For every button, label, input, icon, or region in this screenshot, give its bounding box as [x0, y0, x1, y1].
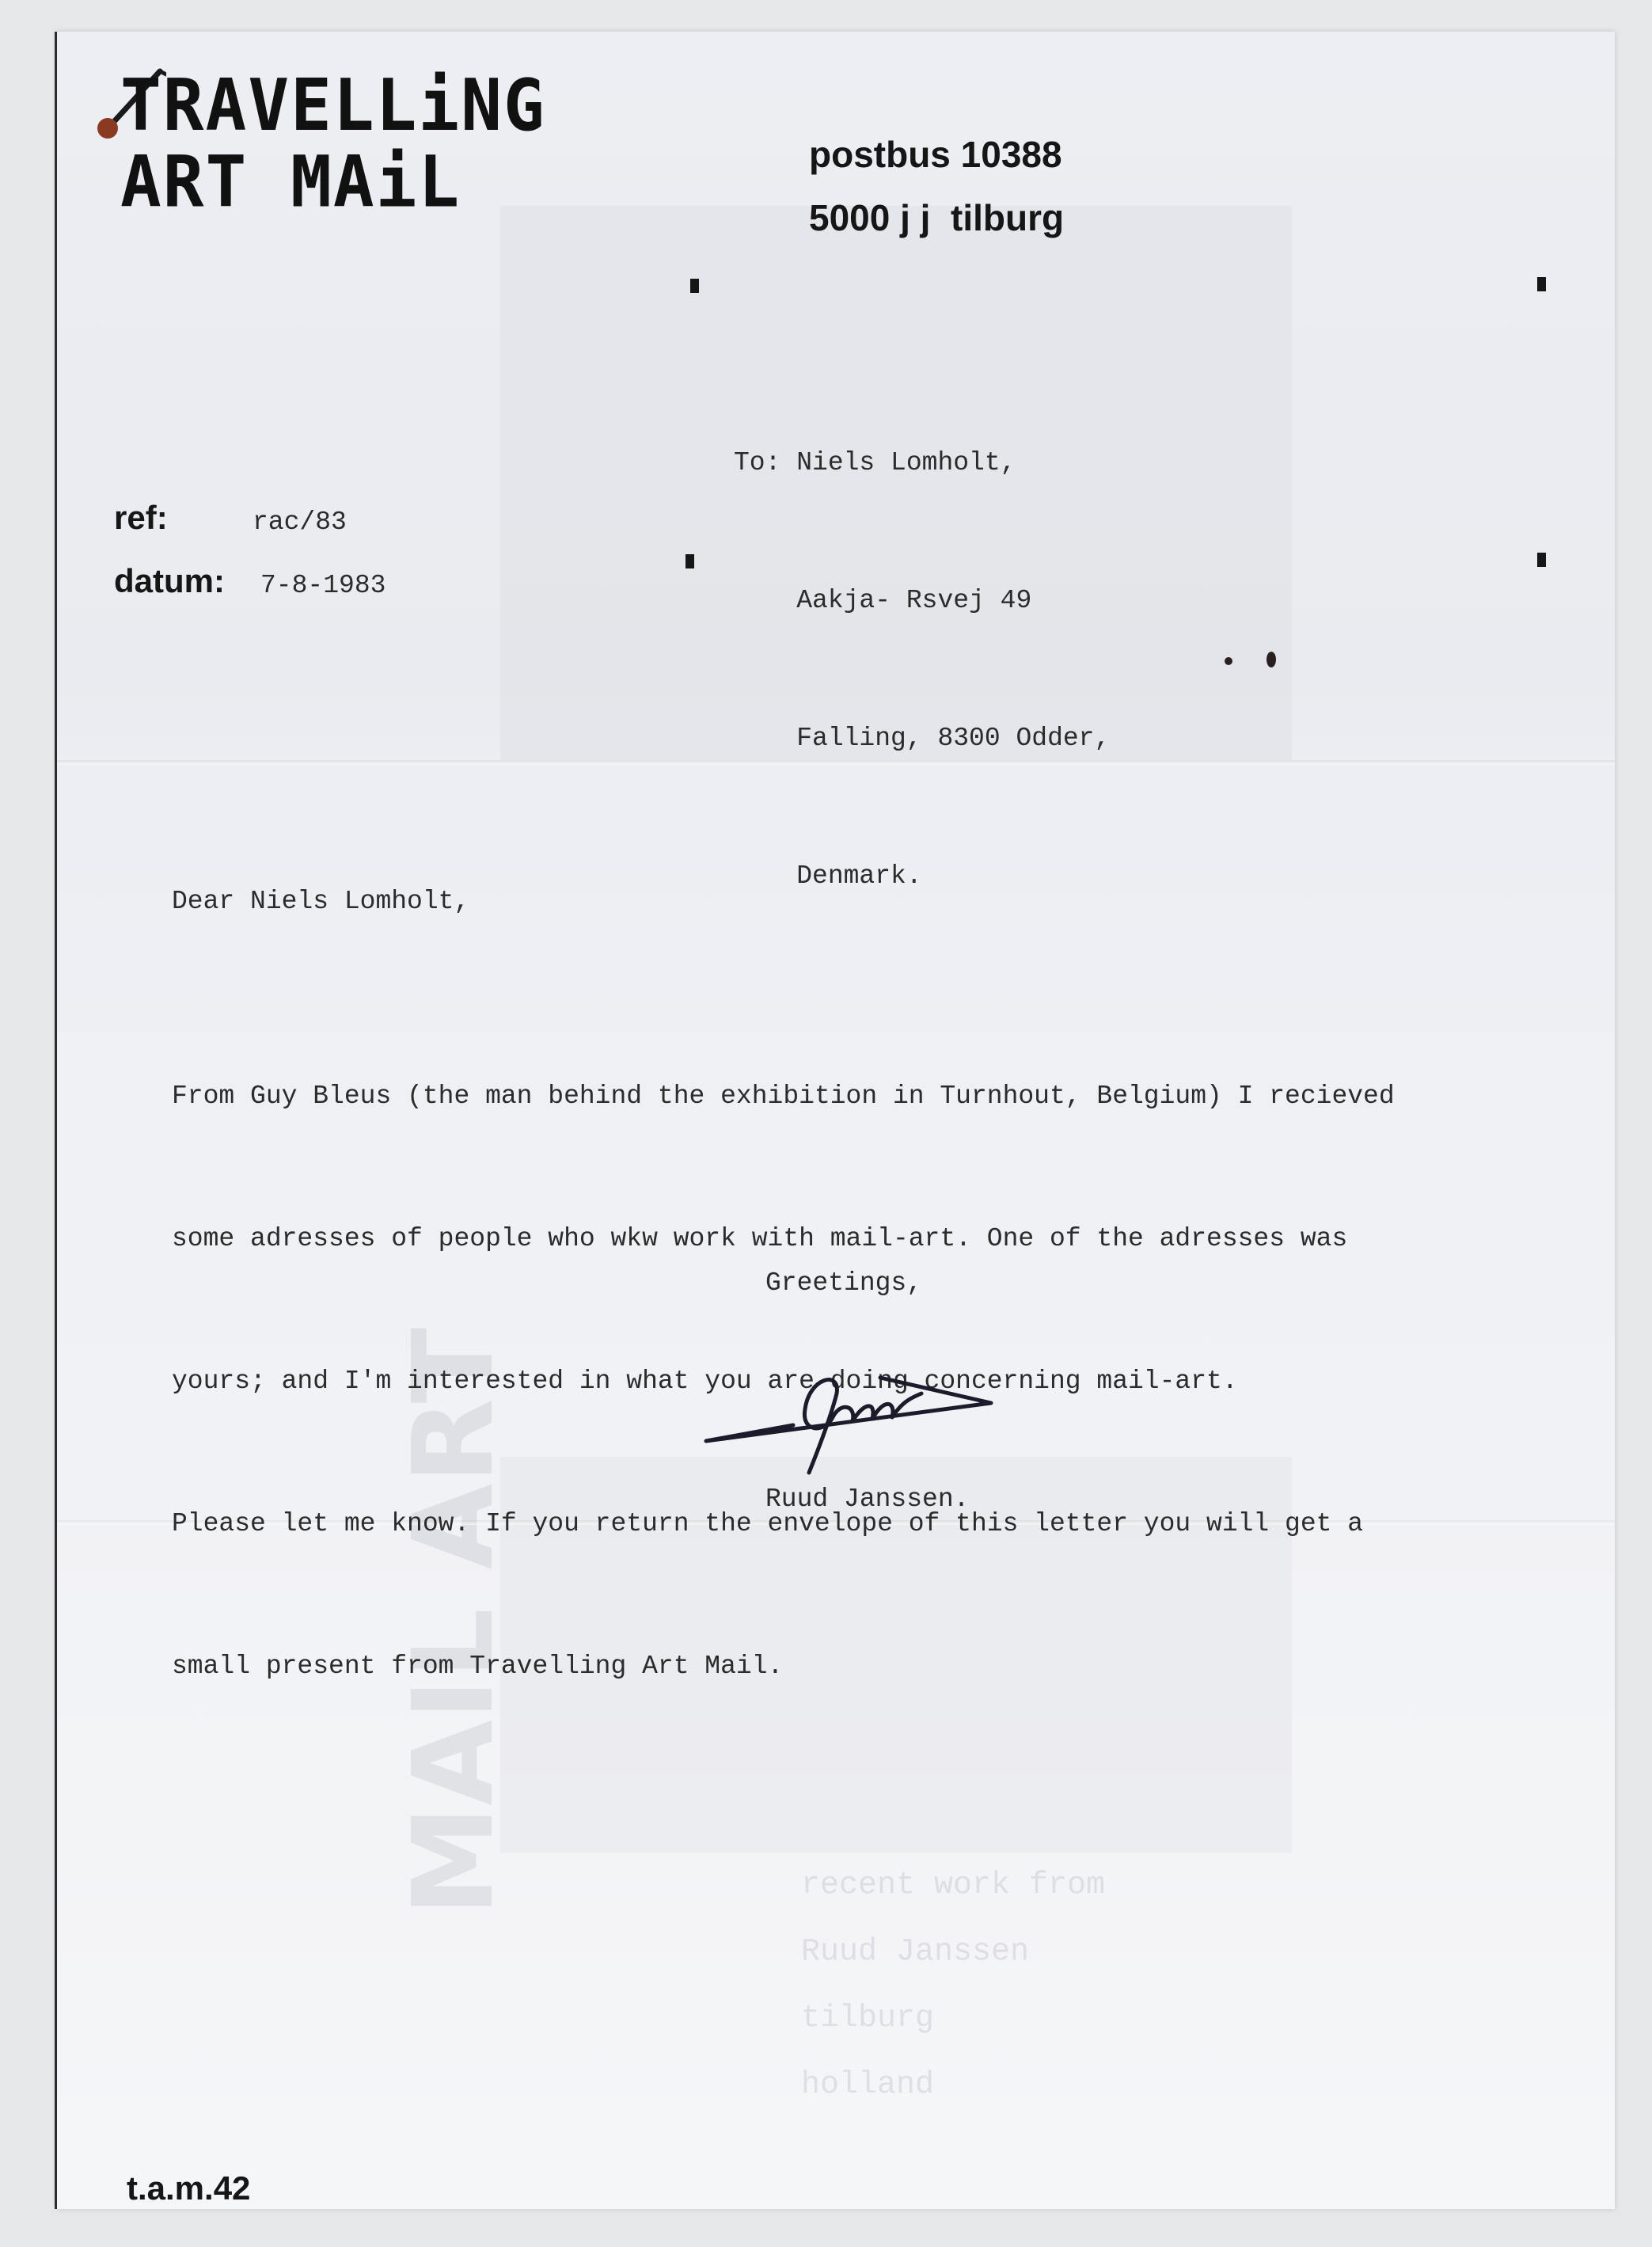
- ink-speck: [1225, 657, 1232, 665]
- recipient-address: To: Niels Lomholt, Aakja- Rsvej 49 Falli…: [734, 348, 1110, 991]
- ink-speck: [1267, 652, 1276, 667]
- sender-address: postbus 10388 5000 j j tilburg: [809, 123, 1064, 249]
- ref-row: ref: rac/83: [114, 499, 385, 562]
- date-row: datum: 7-8-1983: [114, 562, 385, 625]
- body-line: From Guy Bleus (the man behind the exhib…: [172, 1073, 1395, 1120]
- logo-line-1: TRAVELLiNG: [120, 67, 546, 144]
- window-corner-mark: [690, 279, 699, 293]
- date-value: 7-8-1983: [260, 571, 385, 600]
- recipient-line-4: Denmark.: [734, 854, 1110, 899]
- salutation: Dear Niels Lomholt,: [172, 887, 469, 916]
- recipient-line-3: Falling, 8300 Odder,: [734, 716, 1110, 762]
- logo-line-2: ART MAiL: [120, 144, 546, 221]
- ref-value: rac/83: [253, 508, 347, 537]
- sender-line-2: 5000 j j tilburg: [809, 186, 1064, 249]
- ref-label: ref:: [114, 499, 253, 537]
- letter-page: MAIL ART recent work from Ruud Janssen t…: [57, 32, 1615, 2209]
- sender-line-1: postbus 10388: [809, 123, 1064, 186]
- reference-block: ref: rac/83 datum: 7-8-1983: [114, 499, 385, 625]
- travelling-art-mail-logo: TRAVELLiNG ART MAiL: [120, 67, 546, 220]
- window-corner-mark: [1537, 553, 1546, 567]
- body-line: some adresses of people who wkw work wit…: [172, 1215, 1395, 1263]
- window-corner-mark: [685, 554, 694, 568]
- handwritten-signature: [698, 1346, 1015, 1481]
- issue-code: t.a.m.42: [127, 2169, 250, 2207]
- recipient-line-2: Aakja- Rsvej 49: [734, 578, 1110, 624]
- date-label: datum:: [114, 562, 260, 600]
- signer-name: Ruud Janssen.: [765, 1485, 969, 1514]
- window-corner-mark: [1537, 277, 1546, 291]
- show-through-lines: recent work from Ruud Janssen tilburg ho…: [801, 1853, 1105, 2119]
- closing: Greetings,: [765, 1268, 922, 1298]
- body-line: small present from Travelling Art Mail.: [172, 1643, 1395, 1690]
- recipient-line-1: To: Niels Lomholt,: [734, 440, 1110, 486]
